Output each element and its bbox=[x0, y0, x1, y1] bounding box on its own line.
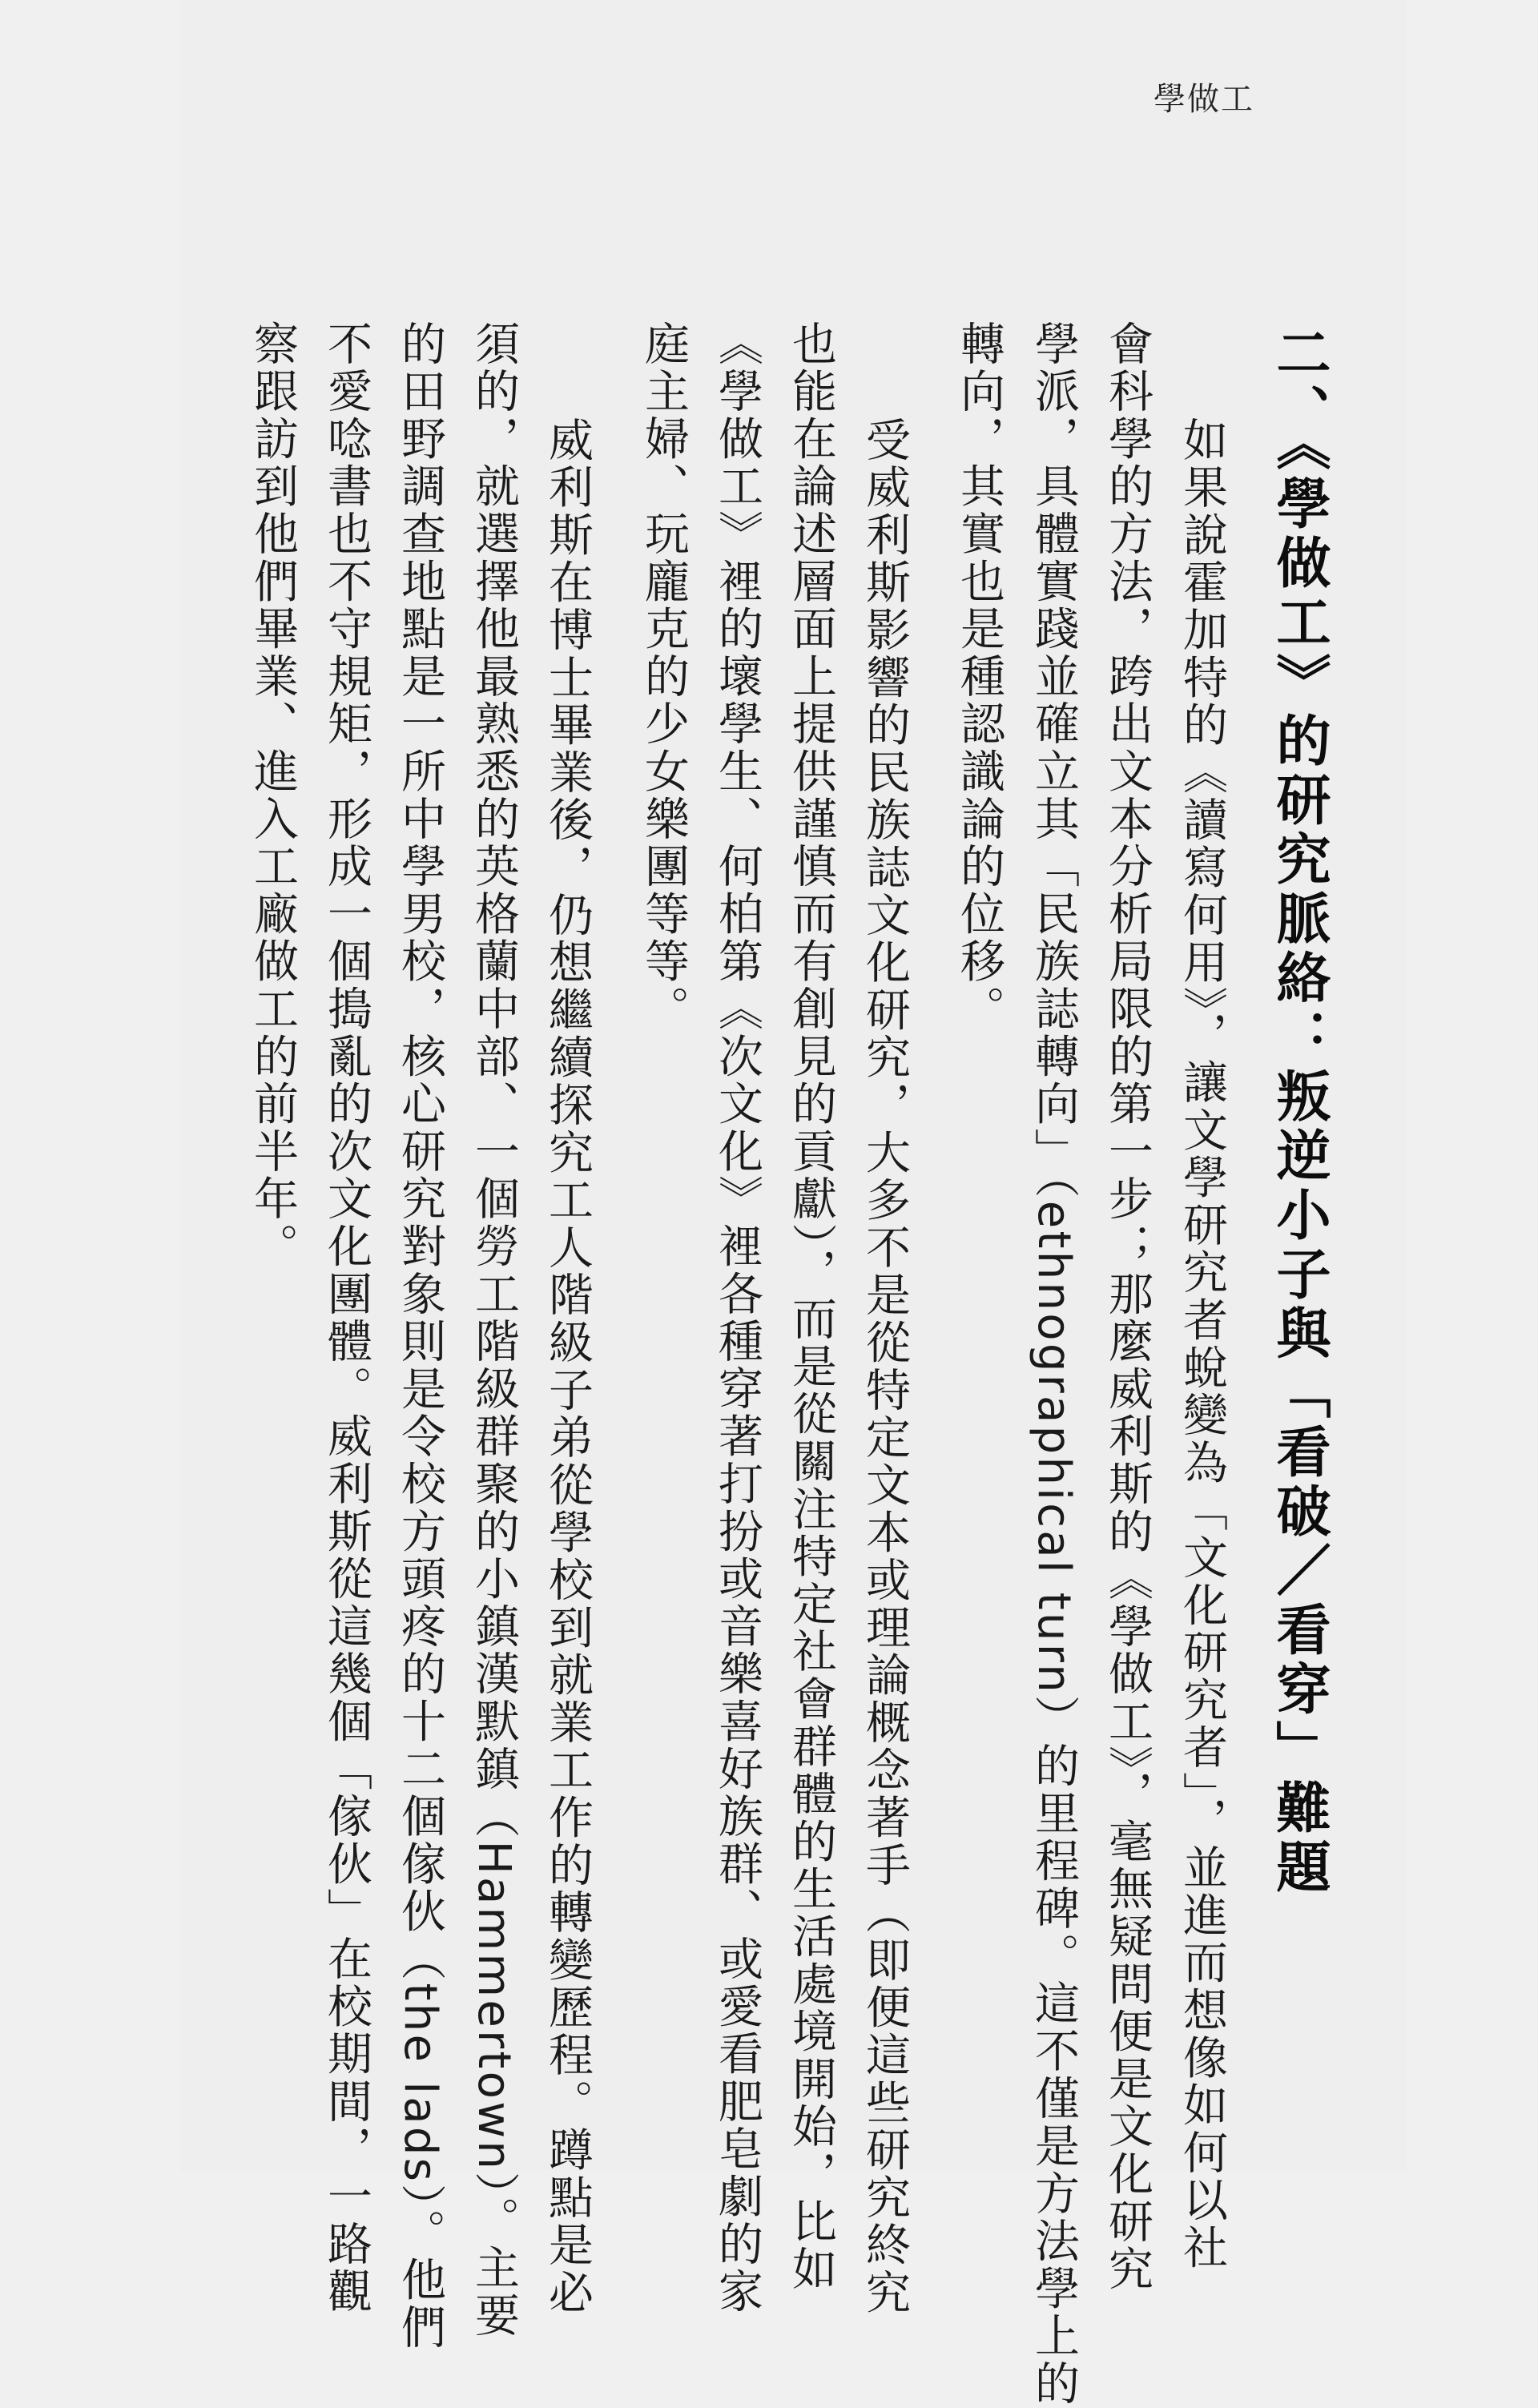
running-header: 學做工 bbox=[1153, 74, 1254, 119]
paragraph-line: 察跟訪到他們畢業、進入工廠做工的前半年。 bbox=[239, 320, 295, 1270]
paragraph-line: 也能在論述層面上提供謹慎而有創見的貢獻），而是從關注特定社會群體的生活處境開始，… bbox=[777, 320, 833, 2293]
paragraph-line: 不愛唸書也不守規矩，形成一個搗亂的次文化團體。威利斯從這幾個「傢伙」在校期間，一… bbox=[312, 320, 368, 2316]
paragraph-line: 威利斯在博士畢業後，仍想繼續探究工人階級子弟從學校到就業工作的轉變歷程。蹲點是必 bbox=[533, 417, 590, 2317]
paragraph-line: 庭主婦、玩龐克的少女樂團等等。 bbox=[630, 320, 686, 1033]
paragraph-line: 如果說霍加特的《讀寫何用》，讓文學研究者蛻變為「文化研究者」，並進而想像如何以社 bbox=[1168, 417, 1224, 2272]
paragraph-line: 《學做工》裡的壞學生、何柏第《次文化》裡各種穿著打扮或音樂喜好族群、或愛看肥皂劇… bbox=[703, 320, 759, 2316]
paragraph-line: 須的，就選擇他最熟悉的英格蘭中部、一個勞工階級群聚的小鎮漢默鎮（Hammerto… bbox=[460, 320, 516, 2339]
paragraph-line: 的田野調查地點是一所中學男校，核心研究對象則是令校方頭疼的十二個傢伙（the l… bbox=[386, 320, 442, 2351]
paragraph-line: 學派，具體實踐並確立其「民族誌轉向」（ethnographical turn）的… bbox=[1020, 320, 1076, 2370]
paragraph-line: 受威利斯影響的民族誌文化研究，大多不是從特定文本或理論概念著手（即便這些研究終究 bbox=[851, 417, 907, 2317]
paragraph-line: 轉向，其實也是種認識論的位移。 bbox=[945, 320, 1001, 1033]
book-page: 學做工 二、《學做工》的研究脈絡：叛逆小子與「看破／看穿」難題 如果說霍加特的《… bbox=[0, 0, 1538, 2370]
section-heading: 二、《學做工》的研究脈絡：叛逆小子與「看破／看穿」難題 bbox=[1272, 324, 1327, 1898]
paragraph-line: 會科學的方法，跨出文本分析局限的第一步；那麼威利斯的《學做工》，毫無疑問便是文化… bbox=[1093, 320, 1149, 2293]
